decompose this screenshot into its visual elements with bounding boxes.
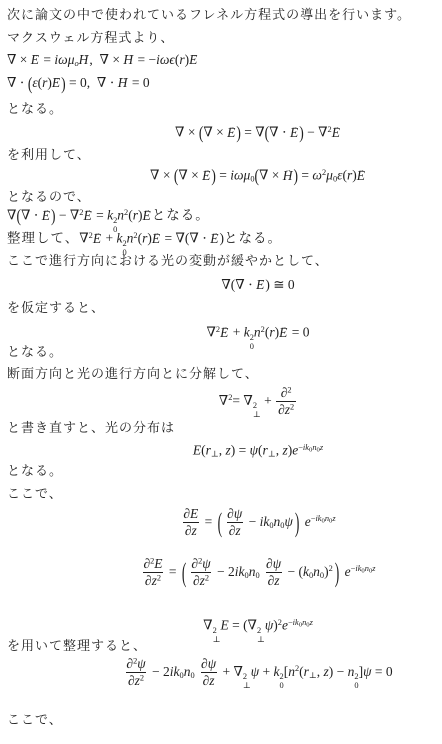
connective-tonaru-3: となる。: [7, 463, 438, 479]
eq-slowly-varying-approx: ∇(∇ ⋅ E) ≅ 0: [74, 277, 442, 293]
eq-curl-curl-expansion: ∇ × (∇ × E) = iωμ0(∇ × H) = ω2μ0ε(r)E: [74, 165, 442, 188]
eq-vector-identity: ∇ × (∇ × E) = ∇(∇ ⋅ E) − ∇2E: [74, 122, 442, 141]
connective-tonaru-1: となる。: [7, 101, 438, 117]
eq-maxwell-divergence: ∇ ⋅ (ε(r)E) = 0, ∇ ⋅ H = 0: [7, 75, 438, 92]
eq-second-derivative: ∂2E∂z2 = (∂2ψ∂z2 − 2ik0n0 ∂ψ∂z − (k0n0)2…: [74, 556, 442, 589]
connective-mochiite: を用いて整理すると、: [7, 638, 438, 654]
rewrite-lead-in: と書き直すと、光の分布は: [7, 420, 438, 436]
connective-kateisuruto: を仮定すると、: [7, 300, 438, 316]
eq-first-derivative: ∂E∂z = (∂ψ∂z − ik0n0ψ) e−ik0n0z: [74, 506, 442, 539]
assumption-lead-in: ここで進行方向における光の変動が緩やかとして、: [7, 253, 438, 269]
eq-field-distribution: E(r⊥, z) = ψ(r⊥, z)e−ik0n0z: [74, 440, 442, 463]
connective-kokode-1: ここで、: [7, 486, 438, 502]
connective-kokode-2: ここで、: [7, 712, 438, 728]
intro-sentence: 次に論文の中で使われているフレネル方程式の導出を行います。: [7, 7, 438, 23]
connective-tonaru-2: となる。: [7, 344, 438, 360]
maxwell-lead-in: マクスウェル方程式より、: [7, 30, 438, 46]
decompose-lead-in: 断面方向と光の進行方向とに分解して、: [7, 366, 438, 382]
eq-paraxial-wave: ∂2ψ∂z2 − 2ik0n0 ∂ψ∂z + ∇2⊥ψ + k20[n2(r⊥,…: [74, 656, 442, 691]
connective-riyoushite: を利用して、: [7, 147, 438, 163]
document-page: 次に論文の中で使われているフレネル方程式の導出を行います。 マクスウェル方程式よ…: [0, 0, 442, 744]
connective-tonarunode: となるので、: [7, 189, 438, 205]
eq-maxwell-curl: ∇ × E = iωμoH, ∇ × H = −iωϵ(r)E: [7, 52, 438, 72]
eq-laplacian-decomposition: ∇2= ∇2⊥ + ∂2∂z2: [74, 385, 442, 420]
